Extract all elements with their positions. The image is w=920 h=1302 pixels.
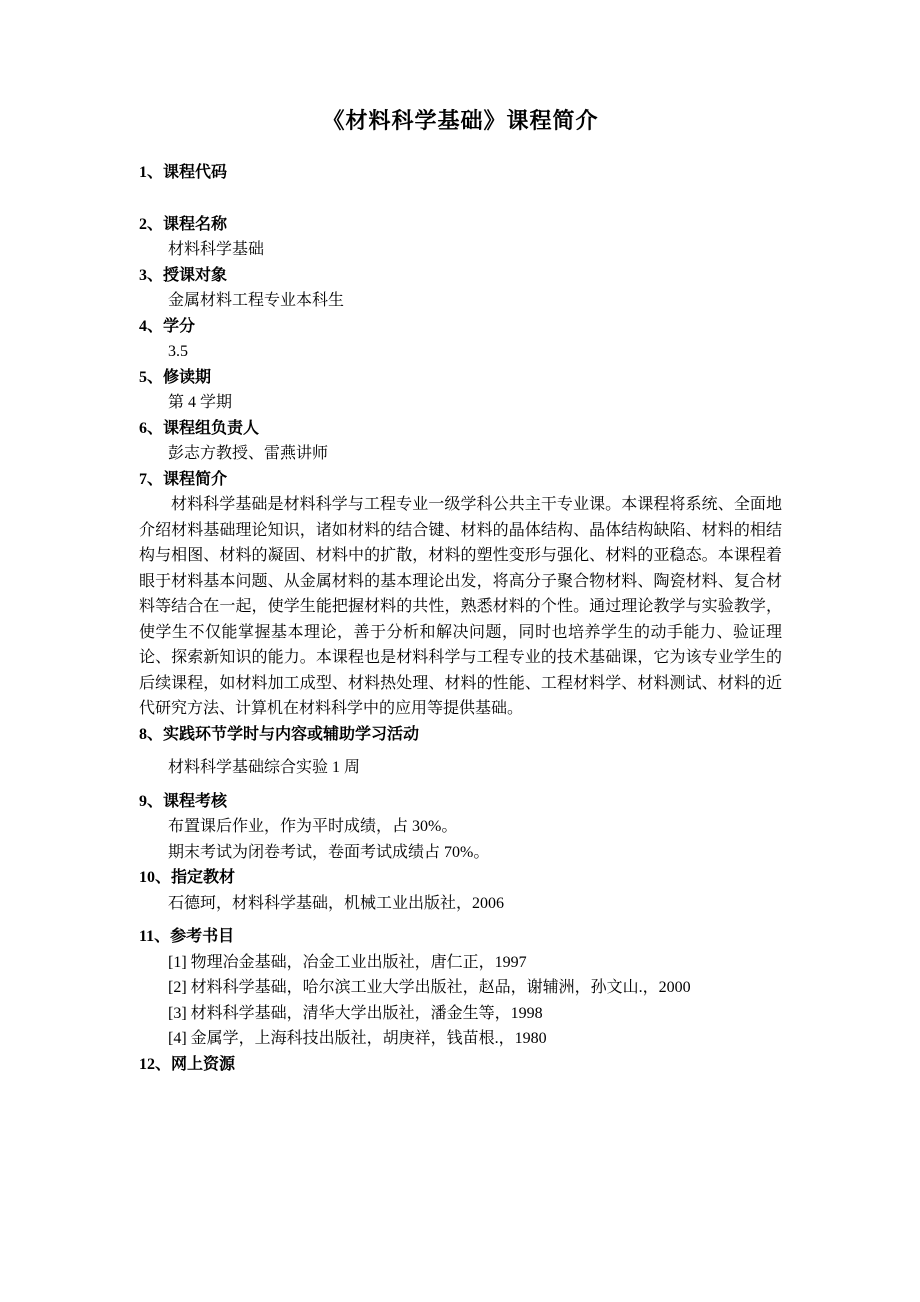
section-heading: 4、学分 bbox=[139, 314, 782, 340]
section-heading: 2、课程名称 bbox=[139, 212, 782, 238]
section-study-term: 5、修读期 第 4 学期 bbox=[139, 365, 782, 416]
section-text: 石德珂，材料科学基础，机械工业出版社，2006 bbox=[139, 891, 782, 917]
section-heading: 7、课程简介 bbox=[139, 467, 782, 493]
section-references: 11、参考书目 [1] 物理冶金基础，冶金工业出版社，唐仁正，1997 [2] … bbox=[139, 924, 782, 1052]
section-label: 课程代码 bbox=[163, 164, 227, 181]
section-number: 3、 bbox=[139, 267, 163, 284]
section-course-code: 1、课程代码 bbox=[139, 160, 782, 186]
section-label: 学分 bbox=[163, 318, 195, 335]
section-number: 4、 bbox=[139, 318, 163, 335]
section-number: 6、 bbox=[139, 420, 163, 437]
section-number: 5、 bbox=[139, 369, 163, 386]
section-text: 材料科学基础综合实验 1 周 bbox=[139, 755, 782, 781]
reference-item: [4] 金属学，上海科技出版社，胡庚祥，钱苗根.，1980 bbox=[139, 1026, 782, 1052]
section-label: 课程名称 bbox=[163, 216, 227, 233]
reference-item: [3] 材料科学基础，清华大学出版社，潘金生等，1998 bbox=[139, 1001, 782, 1027]
section-heading: 10、指定教材 bbox=[139, 865, 782, 891]
section-number: 2、 bbox=[139, 216, 163, 233]
reference-item: [2] 材料科学基础，哈尔滨工业大学出版社，赵品，谢辅洲，孙文山.，2000 bbox=[139, 975, 782, 1001]
section-heading: 6、课程组负责人 bbox=[139, 416, 782, 442]
section-label: 实践环节学时与内容或辅助学习活动 bbox=[163, 726, 419, 743]
section-number: 7、 bbox=[139, 471, 163, 488]
section-heading: 8、实践环节学时与内容或辅助学习活动 bbox=[139, 722, 782, 748]
section-number: 8、 bbox=[139, 726, 163, 743]
section-number: 11、 bbox=[139, 928, 170, 945]
section-text: 材料科学基础 bbox=[139, 237, 782, 263]
section-heading: 5、修读期 bbox=[139, 365, 782, 391]
section-course-name: 2、课程名称 材料科学基础 bbox=[139, 212, 782, 263]
section-heading: 9、课程考核 bbox=[139, 789, 782, 815]
section-course-intro: 7、课程简介 材料科学基础是材料科学与工程专业一级学科公共主干专业课。本课程将系… bbox=[139, 467, 782, 722]
section-heading: 11、参考书目 bbox=[139, 924, 782, 950]
section-heading: 1、课程代码 bbox=[139, 160, 782, 186]
section-number: 10、 bbox=[139, 869, 171, 886]
section-text: 金属材料工程专业本科生 bbox=[139, 288, 782, 314]
section-label: 授课对象 bbox=[163, 267, 227, 284]
section-text: 彭志方教授、雷燕讲师 bbox=[139, 441, 782, 467]
document-content: 《材料科学基础》课程简介 1、课程代码 2、课程名称 材料科学基础 3、授课对象… bbox=[0, 0, 920, 1077]
section-text: 期末考试为闭卷考试，卷面考试成绩占 70%。 bbox=[139, 840, 782, 866]
section-number: 1、 bbox=[139, 164, 163, 181]
section-label: 课程组负责人 bbox=[163, 420, 259, 437]
section-practice-activities: 8、实践环节学时与内容或辅助学习活动 材料科学基础综合实验 1 周 bbox=[139, 722, 782, 781]
course-intro-paragraph: 材料科学基础是材料科学与工程专业一级学科公共主干专业课。本课程将系统、全面地介绍… bbox=[139, 492, 782, 722]
section-number: 9、 bbox=[139, 793, 163, 810]
section-label: 课程考核 bbox=[163, 793, 227, 810]
section-textbook: 10、指定教材 石德珂，材料科学基础，机械工业出版社，2006 bbox=[139, 865, 782, 916]
section-label: 参考书目 bbox=[170, 928, 234, 945]
section-credits: 4、学分 3.5 bbox=[139, 314, 782, 365]
section-target-students: 3、授课对象 金属材料工程专业本科生 bbox=[139, 263, 782, 314]
section-number: 12、 bbox=[139, 1056, 171, 1073]
section-label: 网上资源 bbox=[171, 1056, 235, 1073]
document-page: 《材料科学基础》课程简介 1、课程代码 2、课程名称 材料科学基础 3、授课对象… bbox=[0, 0, 920, 1302]
section-label: 修读期 bbox=[163, 369, 211, 386]
section-assessment: 9、课程考核 布置课后作业，作为平时成绩，占 30%。 期末考试为闭卷考试，卷面… bbox=[139, 789, 782, 866]
section-text: 布置课后作业，作为平时成绩，占 30%。 bbox=[139, 814, 782, 840]
section-text: 3.5 bbox=[139, 339, 782, 365]
section-label: 课程简介 bbox=[163, 471, 227, 488]
section-label: 指定教材 bbox=[171, 869, 235, 886]
reference-item: [1] 物理冶金基础，冶金工业出版社，唐仁正，1997 bbox=[139, 950, 782, 976]
section-course-leaders: 6、课程组负责人 彭志方教授、雷燕讲师 bbox=[139, 416, 782, 467]
section-text: 第 4 学期 bbox=[139, 390, 782, 416]
section-online-resources: 12、网上资源 bbox=[139, 1052, 782, 1078]
page-title: 《材料科学基础》课程简介 bbox=[139, 104, 782, 138]
section-heading: 3、授课对象 bbox=[139, 263, 782, 289]
section-heading: 12、网上资源 bbox=[139, 1052, 782, 1078]
